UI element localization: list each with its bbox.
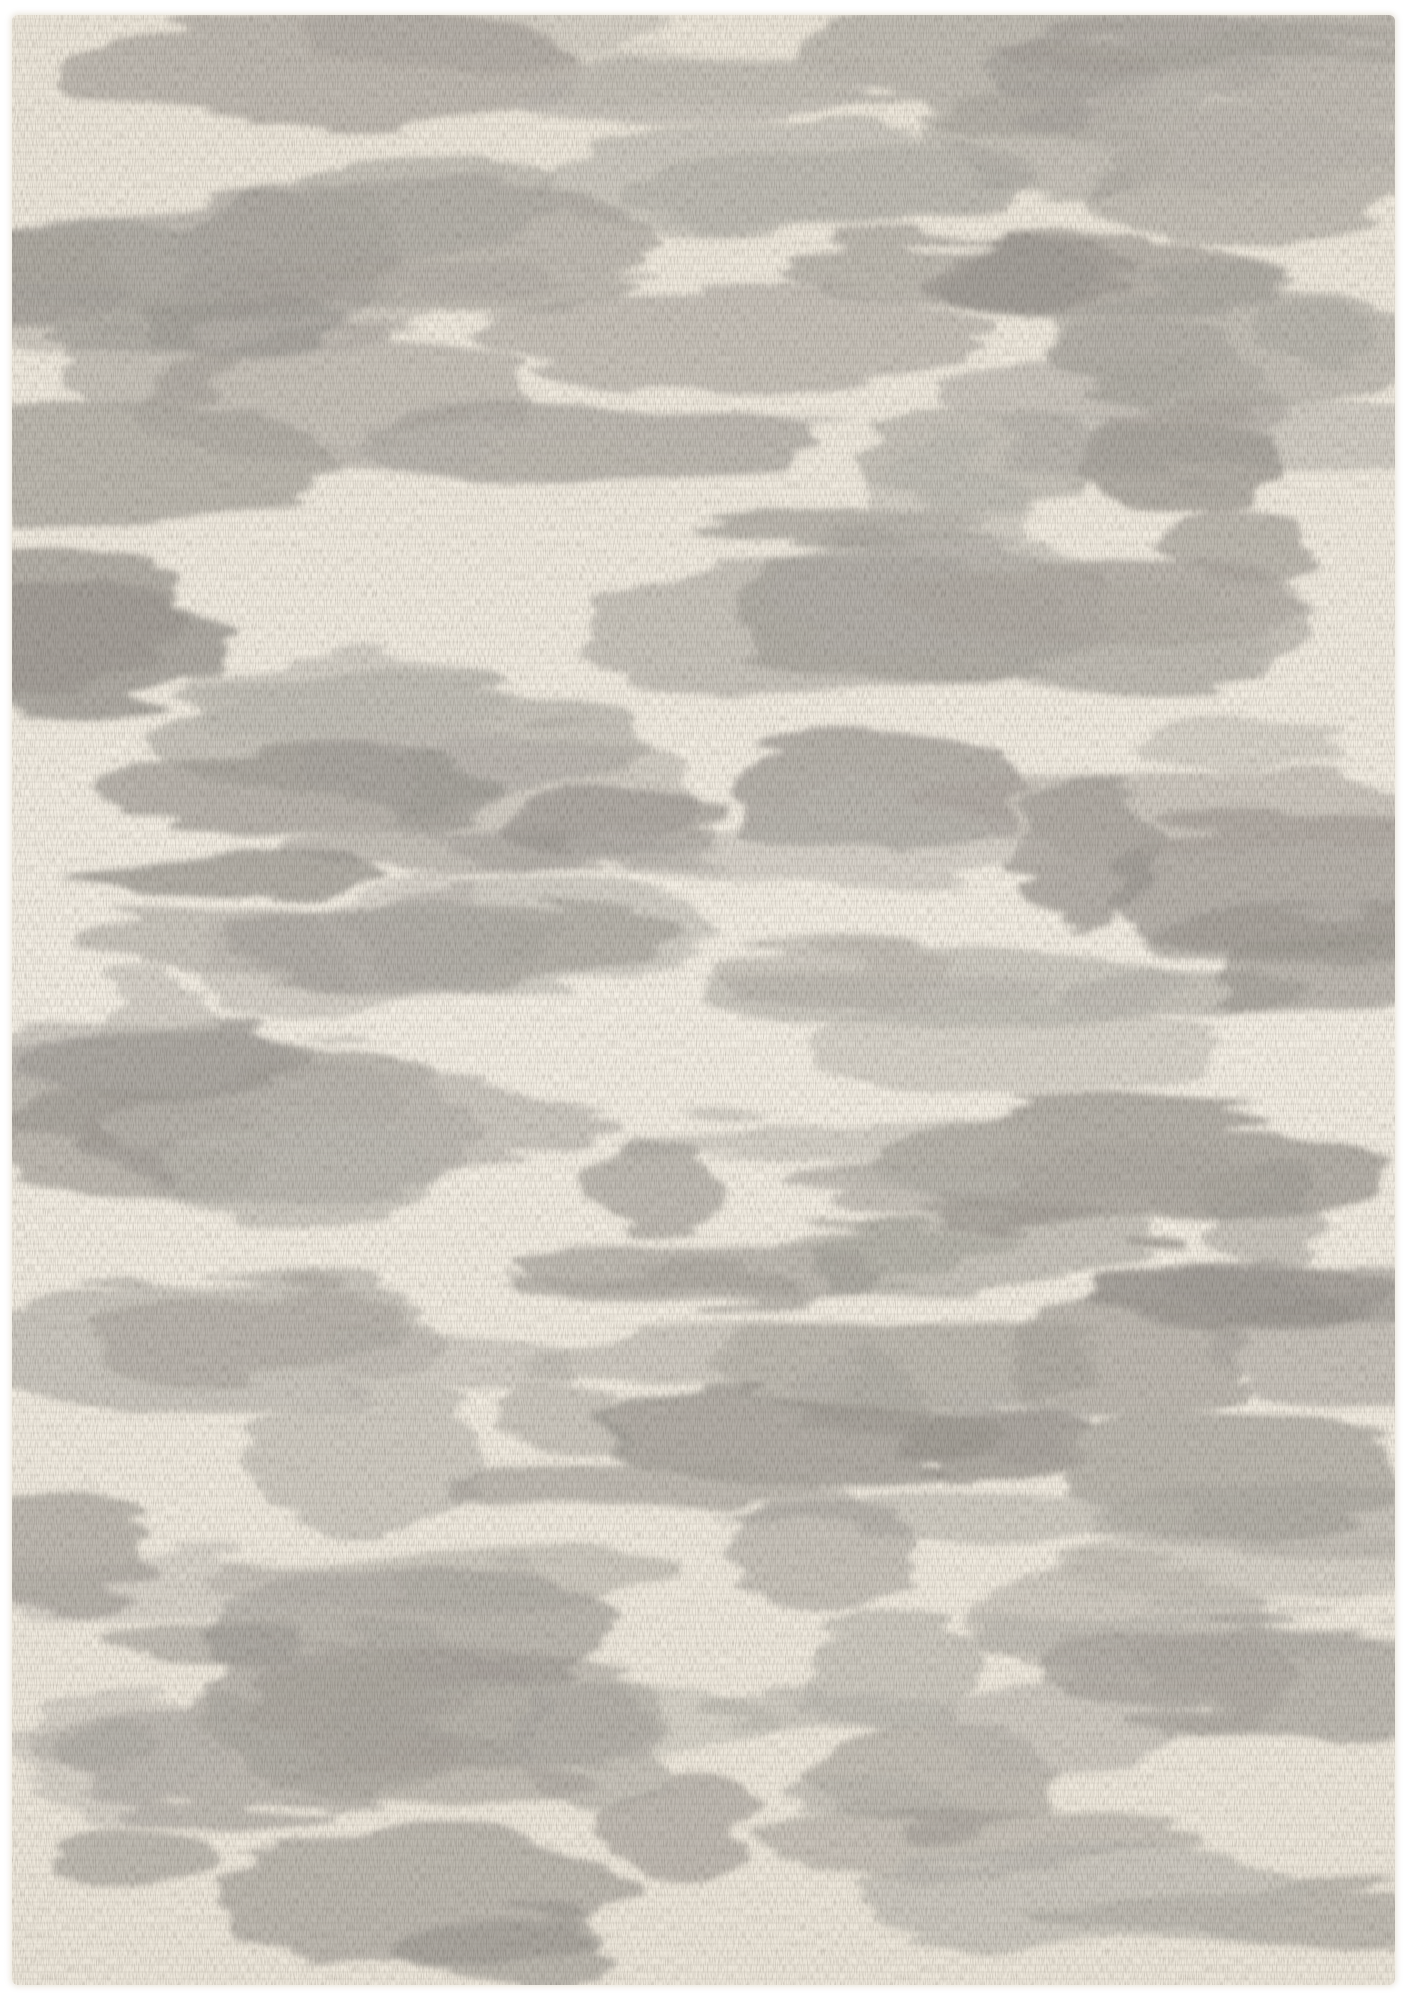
rug	[12, 15, 1395, 1985]
rug-pile-lines	[12, 15, 1395, 1985]
